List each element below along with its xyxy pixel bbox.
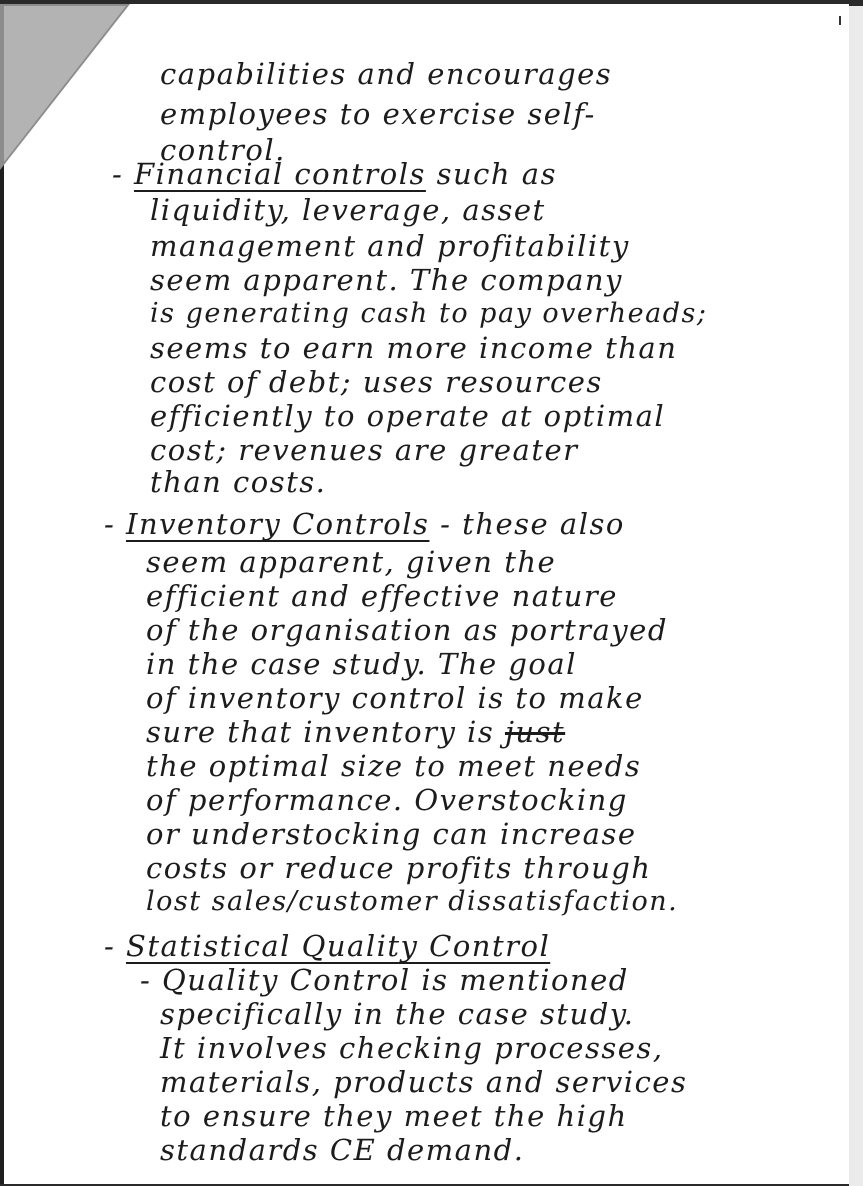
text-line: of performance. Overstocking <box>146 782 628 818</box>
text-line: materials, products and services <box>160 1064 687 1100</box>
text-line: - Quality Control is mentioned <box>140 962 629 998</box>
page-edge-shadow <box>849 6 863 1186</box>
heading-financial-controls: Financial controls <box>134 157 426 191</box>
text-line: is generating cash to pay overheads; <box>150 296 708 332</box>
text-line: liquidity, leverage, asset <box>150 192 546 228</box>
text-line: sure that inventory is just <box>146 714 565 750</box>
text-line: management and profitability <box>150 228 630 264</box>
text-fragment: sure that inventory is <box>146 715 494 749</box>
text-line: or understocking can increase <box>146 816 637 852</box>
text-line: efficiently to operate at optimal <box>150 398 665 434</box>
scanner-left-edge <box>0 4 4 1184</box>
text-line: specifically in the case study. <box>160 996 635 1032</box>
text-line: seem apparent, given the <box>146 544 556 580</box>
struck-out-word: just <box>505 715 565 749</box>
text-line: cost of debt; uses resources <box>150 364 603 400</box>
heading-inventory-controls: Inventory Controls <box>126 507 429 541</box>
text-line: the optimal size to meet needs <box>146 748 641 784</box>
text-line: costs or reduce profits through <box>146 850 652 886</box>
text-line: seem apparent. The company <box>150 262 623 298</box>
text-line: lost sales/customer dissatisfaction. <box>146 884 678 920</box>
text-line: seems to earn more income than <box>150 330 677 366</box>
text-line: capabilities and encourages <box>160 56 612 92</box>
heading-statistical-quality-control: Statistical Quality Control <box>126 929 550 963</box>
bullet-dash: - <box>112 157 123 191</box>
text-line: It involves checking processes, <box>160 1030 664 1066</box>
heading-tail: - these also <box>429 507 624 541</box>
bullet-dash: - <box>104 507 115 541</box>
section-statistical-quality-control: - Statistical Quality Control <box>104 928 550 964</box>
section-inventory-controls: - Inventory Controls - these also <box>104 506 625 542</box>
section-financial-controls: - Financial controls such as <box>112 156 557 192</box>
margin-mark <box>839 16 841 25</box>
folded-corner-shade <box>4 6 126 162</box>
text-line: of the organisation as portrayed <box>146 612 668 648</box>
heading-tail: such as <box>426 157 557 191</box>
text-line: than costs. <box>150 464 326 500</box>
text-line: to ensure they meet the high <box>160 1098 628 1134</box>
bullet-dash: - <box>104 929 115 963</box>
text-line: in the case study. The goal <box>146 646 577 682</box>
text-line: cost; revenues are greater <box>150 432 579 468</box>
text-line: standards CE demand. <box>160 1132 524 1168</box>
text-line: of inventory control is to make <box>146 680 644 716</box>
text-line: efficient and effective nature <box>146 578 618 614</box>
text-line: employees to exercise self- <box>160 96 596 132</box>
